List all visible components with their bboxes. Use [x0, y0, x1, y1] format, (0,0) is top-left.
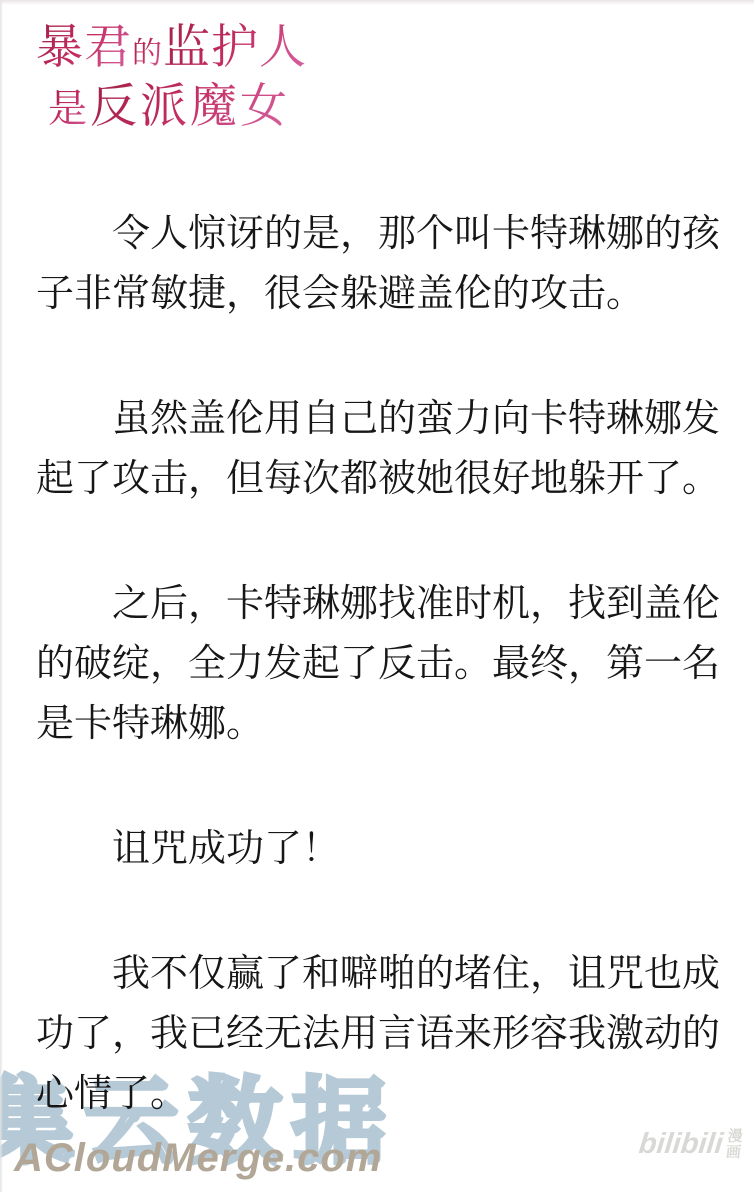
page-edge-tint-left	[0, 0, 3, 1192]
text-line: 心情了。	[36, 1064, 728, 1124]
bilibili-manhua-char-top: 漫	[727, 1129, 744, 1145]
text-line: 诅咒成功了！	[36, 819, 728, 879]
bilibili-wordmark: bilibili	[637, 1128, 724, 1161]
text-line: 起了攻击，但每次都被她很好地躲开了。	[36, 449, 728, 509]
logo-text-fanpai-monv: 反派魔女	[90, 79, 290, 134]
series-logo-line1: 暴君的监护人	[36, 24, 307, 82]
text-line: 子非常敏捷，很会躲避盖伦的攻击。	[36, 264, 728, 324]
novel-page: { "page": { "background": "#ffffff", "ed…	[0, 0, 754, 1192]
series-logo: 暴君的监护人 是反派魔女	[36, 24, 307, 130]
text-line: 的破绽，全力发起了反击。最终，第一名	[36, 634, 728, 694]
bilibili-manga-logo: bilibili 漫 画	[637, 1128, 743, 1161]
series-logo-line2: 是反派魔女	[36, 83, 307, 130]
paragraph: 虽然盖伦用自己的蛮力向卡特琳娜发 起了攻击，但每次都被她很好地躲开了。	[36, 389, 728, 509]
text-line: 我不仅赢了和噼啪的堵住，诅咒也成	[36, 944, 728, 1004]
logo-text-de: 的	[132, 36, 163, 71]
logo-text-jianhuren: 监护人	[163, 20, 307, 75]
page-edge-tint-top	[0, 0, 754, 5]
novel-text-body: 令人惊讶的是，那个叫卡特琳娜的孩 子非常敏捷，很会躲避盖伦的攻击。 虽然盖伦用自…	[36, 204, 728, 1124]
text-line: 功了，我已经无法用言语来形容我激动的	[36, 1004, 728, 1064]
bilibili-manhua-char-bottom: 画	[725, 1145, 742, 1161]
paragraph: 令人惊讶的是，那个叫卡特琳娜的孩 子非常敏捷，很会躲避盖伦的攻击。	[36, 204, 728, 324]
paragraph: 我不仅赢了和噼啪的堵住，诅咒也成 功了，我已经无法用言语来形容我激动的 心情了。	[36, 944, 728, 1124]
text-line: 是卡特琳娜。	[36, 694, 728, 754]
text-line: 虽然盖伦用自己的蛮力向卡特琳娜发	[36, 389, 728, 449]
bilibili-manhua-label: 漫 画	[725, 1129, 743, 1161]
watermark-acloudmerge: ACloudMerge.com	[14, 1136, 382, 1181]
paragraph: 诅咒成功了！	[36, 819, 728, 879]
paragraph: 之后，卡特琳娜找准时机，找到盖伦 的破绽，全力发起了反击。最终，第一名 是卡特琳…	[36, 574, 728, 754]
logo-text-shi: 是	[48, 87, 90, 132]
text-line: 之后，卡特琳娜找准时机，找到盖伦	[36, 574, 728, 634]
logo-text-baojun: 暴君	[36, 20, 132, 75]
text-line: 令人惊讶的是，那个叫卡特琳娜的孩	[36, 204, 728, 264]
